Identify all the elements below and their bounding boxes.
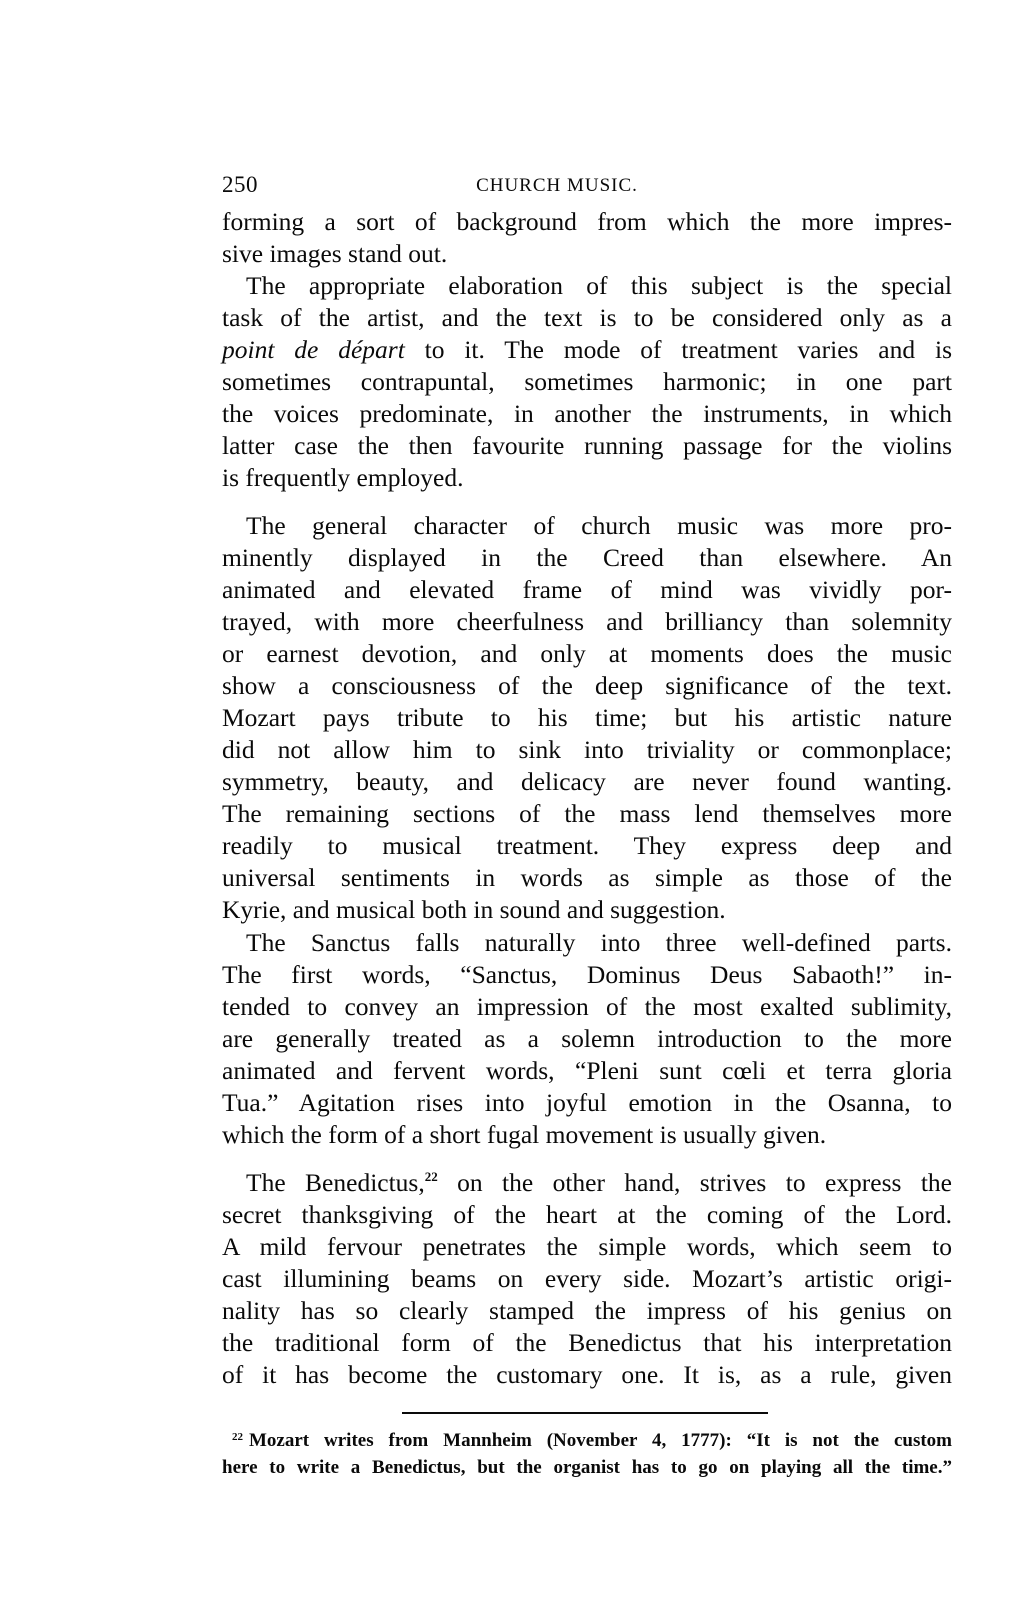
text-line: secret thanksgiving of the heart at the …: [222, 1199, 952, 1231]
text-line: forming a sort of background from which …: [222, 206, 952, 238]
running-head: CHURCH MUSIC.: [222, 172, 952, 197]
text-line: did not allow him to sink into trivialit…: [222, 734, 952, 766]
text-line: tended to convey an impression of the mo…: [222, 991, 952, 1023]
page-header: 250 CHURCH MUSIC.: [222, 172, 952, 202]
text-line: latter case the then favourite running p…: [222, 430, 952, 462]
text-line: which the form of a short fugal movement…: [222, 1119, 952, 1151]
text-line: The appropriate elaboration of this subj…: [246, 270, 952, 302]
text-line: animated and elevated frame of mind was …: [222, 574, 952, 606]
text-line: The general character of church music wa…: [246, 510, 952, 542]
text-line: show a consciousness of the deep signifi…: [222, 670, 952, 702]
text-line: are generally treated as a solemn introd…: [222, 1023, 952, 1055]
text-span: The Benedictus,: [246, 1168, 425, 1197]
text-line: or earnest devotion, and only at moments…: [222, 638, 952, 670]
text-line: point de départ to it. The mode of treat…: [222, 334, 952, 366]
text-line: cast illumining beams on every side. Moz…: [222, 1263, 952, 1295]
text-line: the voices predominate, in another the i…: [222, 398, 952, 430]
text-line: animated and fervent words, “Pleni sunt …: [222, 1055, 952, 1087]
text-line: A mild fervour penetrates the simple wor…: [222, 1231, 952, 1263]
footnote-reference[interactable]: 22: [425, 1169, 438, 1184]
text-line: The Sanctus falls naturally into three w…: [246, 927, 952, 959]
text-line: universal sentiments in words as simple …: [222, 862, 952, 894]
text-line: symmetry, beauty, and delicacy are never…: [222, 766, 952, 798]
text-line: The remaining sections of the mass lend …: [222, 798, 952, 830]
text-line: sive images stand out.: [222, 238, 952, 270]
italic-phrase: point de départ: [222, 335, 405, 364]
footnote-text: Mozart writes from Mannheim (November 4,…: [249, 1430, 952, 1451]
footnote-line: 22Mozart writes from Mannheim (November …: [232, 1428, 952, 1454]
text-line: Mozart pays tribute to his time; but his…: [222, 702, 952, 734]
text-line: minently displayed in the Creed than els…: [222, 542, 952, 574]
text-span: on the other hand, strives to express th…: [438, 1168, 952, 1197]
footnote-divider: [402, 1412, 768, 1414]
text-line: task of the artist, and the text is to b…: [222, 302, 952, 334]
text-line: of it has become the customary one. It i…: [222, 1359, 952, 1391]
text-span: to it. The mode of treatment varies and …: [405, 335, 952, 364]
text-line: The Benedictus,22 on the other hand, str…: [246, 1167, 952, 1199]
text-line: The first words, “Sanctus, Dominus Deus …: [222, 959, 952, 991]
text-line: sometimes contrapuntal, sometimes harmon…: [222, 366, 952, 398]
text-line: Kyrie, and musical both in sound and sug…: [222, 894, 952, 926]
footnote-line: here to write a Benedictus, but the orga…: [222, 1455, 952, 1481]
book-page: 250 CHURCH MUSIC. forming a sort of back…: [0, 0, 1036, 1600]
footnote-marker: 22: [232, 1431, 243, 1443]
text-line: readily to musical treatment. They expre…: [222, 830, 952, 862]
text-line: trayed, with more cheerfulness and brill…: [222, 606, 952, 638]
text-line: Tua.” Agitation rises into joyful emotio…: [222, 1087, 952, 1119]
text-line: nality has so clearly stamped the impres…: [222, 1295, 952, 1327]
text-line: is frequently employed.: [222, 462, 952, 494]
text-line: the traditional form of the Benedictus t…: [222, 1327, 952, 1359]
